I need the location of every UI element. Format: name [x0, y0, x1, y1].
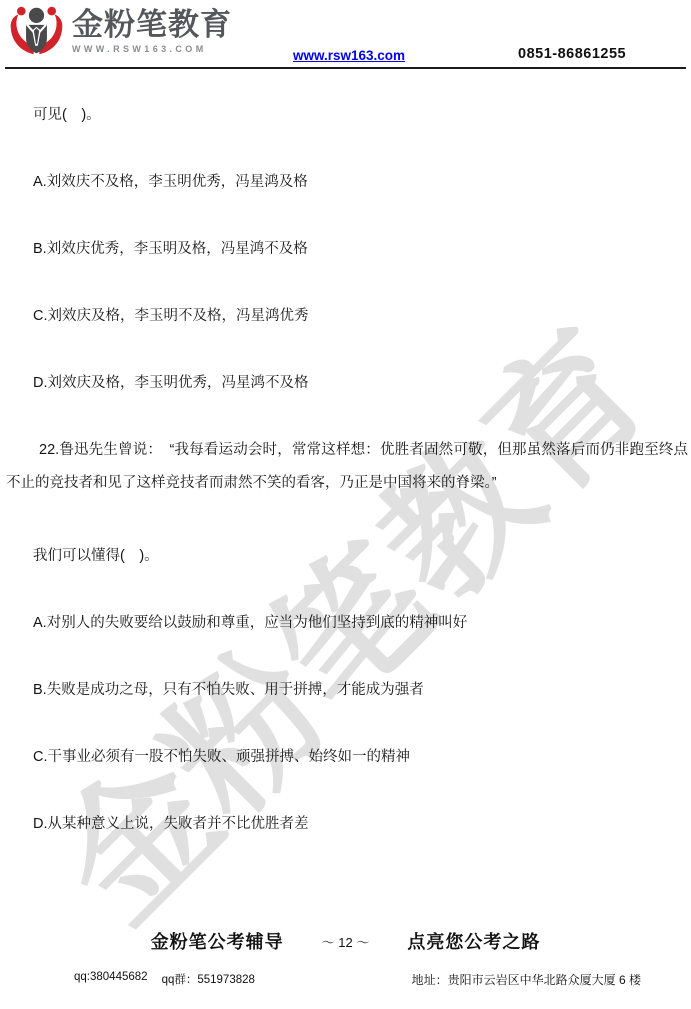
footer-slogan-row: 金粉笔公考辅导 ～ 12 ～ 点亮您公考之路 — [0, 928, 691, 954]
question-21-option-d: D.刘效庆及格，李玉明优秀，冯星鸿不及格 — [33, 367, 688, 400]
question-22-option-a: A.对别人的失败要给以鼓励和尊重，应当为他们坚持到底的精神叫好 — [33, 607, 688, 640]
document-page: 金粉笔教育 WWW.RSW163.COM www.rsw163.com 0851… — [0, 0, 691, 1009]
question-content: 可见( )。 A.刘效庆不及格，李玉明优秀，冯星鸿及格 B.刘效庆优秀，李玉明及… — [6, 99, 688, 875]
question-22-prompt: 我们可以懂得( )。 — [33, 540, 688, 573]
footer-contact-row: qq:380445682 qq群：551973828 地址：贵阳市云岩区中华北路… — [0, 971, 691, 988]
question-22-stem: 22.鲁迅先生曾说： “我每看运动会时，常常这样想：优胜者固然可敬，但那虽然落后… — [6, 434, 688, 500]
footer-left-slogan: 金粉笔公考辅导 — [151, 928, 284, 954]
footer-right-slogan: 点亮您公考之路 — [407, 928, 540, 954]
question-21-option-c: C.刘效庆及格，李玉明不及格，冯星鸿优秀 — [33, 300, 688, 333]
page-number: ～ 12 ～ — [322, 932, 370, 951]
question-21-stem-tail: 可见( )。 — [33, 99, 688, 132]
footer-qq-info: qq:380445682 qq群：551973828 — [74, 971, 255, 988]
header-divider — [5, 67, 686, 69]
question-21-option-a: A.刘效庆不及格，李玉明优秀，冯星鸿及格 — [33, 166, 688, 199]
brand-logo: 金粉笔教育 WWW.RSW163.COM — [8, 5, 232, 58]
qq-number: qq:380445682 — [74, 971, 148, 988]
brand-logo-icon — [8, 5, 65, 58]
question-22-option-c: C.干事业必须有一股不怕失败、顽强拼搏、始终如一的精神 — [33, 741, 688, 774]
qq-group-number: qq群：551973828 — [162, 971, 255, 988]
phone-number: 0851-86861255 — [518, 46, 626, 62]
website-link[interactable]: www.rsw163.com — [293, 48, 405, 63]
question-22-option-b: B.失败是成功之母，只有不怕失败、用于拼搏，才能成为强者 — [33, 674, 688, 707]
brand-name: 金粉笔教育 — [72, 9, 232, 42]
brand-logo-text: 金粉笔教育 WWW.RSW163.COM — [72, 9, 232, 54]
brand-website: WWW.RSW163.COM — [72, 44, 232, 54]
footer-address: 地址：贵阳市云岩区中华北路众厦大厦 6 楼 — [412, 971, 641, 988]
question-21-option-b: B.刘效庆优秀，李玉明及格，冯星鸿不及格 — [33, 233, 688, 266]
question-22-option-d: D.从某种意义上说，失败者并不比优胜者差 — [33, 808, 688, 841]
